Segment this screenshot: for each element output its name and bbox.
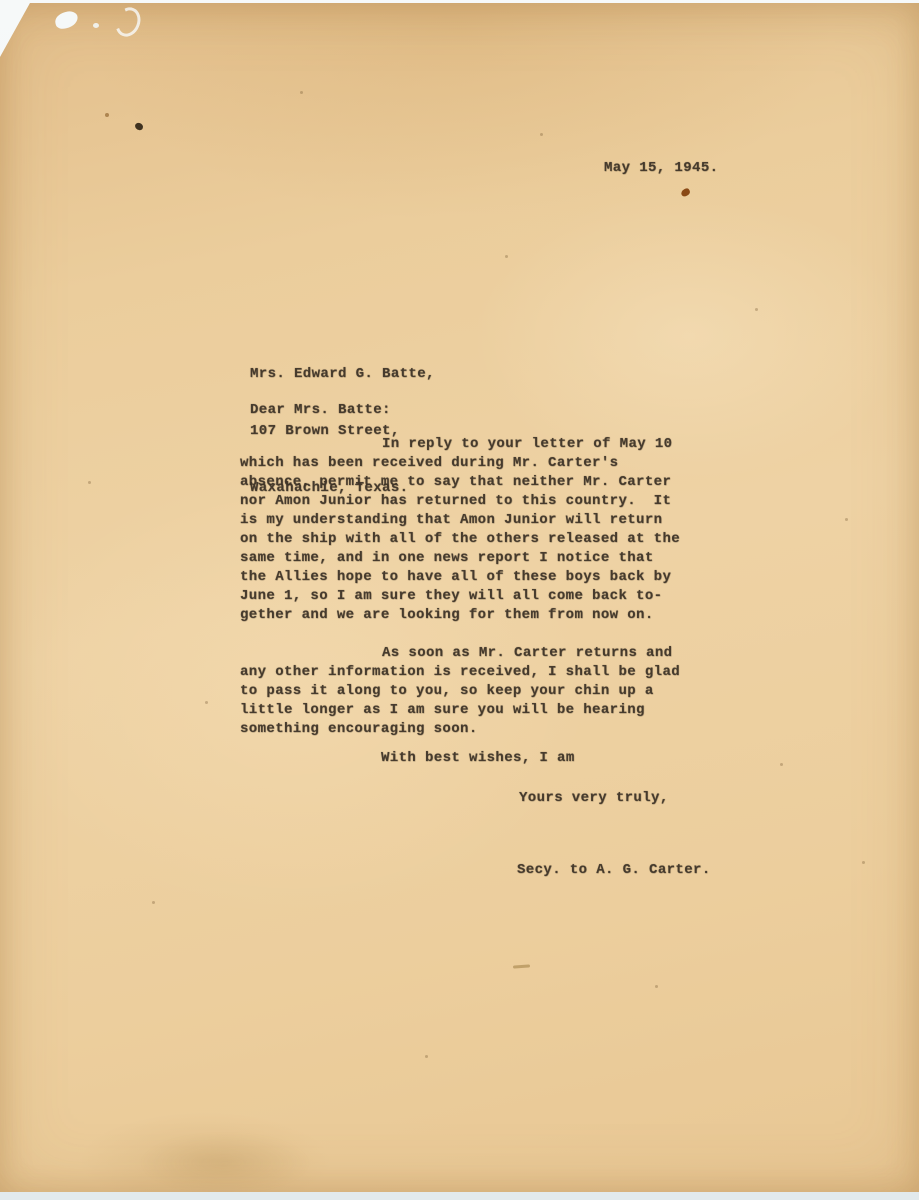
paper-speck bbox=[862, 861, 865, 864]
paper-speck bbox=[88, 481, 91, 484]
paper-speck bbox=[205, 701, 208, 704]
paper-hole bbox=[93, 23, 99, 28]
salutation: Dear Mrs. Batte: bbox=[250, 401, 391, 420]
paper-speck bbox=[152, 901, 155, 904]
body-paragraph-1: In reply to your letter of May 10 which … bbox=[240, 435, 730, 625]
paper-speck bbox=[780, 763, 783, 766]
signature-line: Secy. to A. G. Carter. bbox=[517, 861, 711, 880]
date-line: May 15, 1945. bbox=[604, 159, 718, 178]
pencil-mark bbox=[513, 964, 530, 968]
paper-speck bbox=[300, 91, 303, 94]
paper-speck bbox=[845, 518, 848, 521]
paper-speck bbox=[755, 308, 758, 311]
letter-page: May 15, 1945. Mrs. Edward G. Batte, 107 … bbox=[0, 3, 919, 1192]
paper-speck bbox=[540, 133, 543, 136]
paper-tear-ring bbox=[111, 4, 144, 41]
recipient-name: Mrs. Edward G. Batte, bbox=[250, 365, 435, 384]
paper-speck bbox=[425, 1055, 428, 1058]
pre-closing-line: With best wishes, I am bbox=[381, 749, 575, 768]
paper-stain bbox=[140, 1133, 310, 1193]
ink-speck bbox=[680, 187, 691, 197]
ink-speck bbox=[105, 113, 109, 117]
body-paragraph-2: As soon as Mr. Carter returns and any ot… bbox=[240, 644, 730, 739]
scanned-letter: May 15, 1945. Mrs. Edward G. Batte, 107 … bbox=[0, 0, 919, 1200]
ink-speck bbox=[134, 122, 143, 131]
paper-speck bbox=[505, 255, 508, 258]
paper-speck bbox=[655, 985, 658, 988]
paper-hole bbox=[53, 9, 79, 30]
closing-line: Yours very truly, bbox=[519, 789, 669, 808]
